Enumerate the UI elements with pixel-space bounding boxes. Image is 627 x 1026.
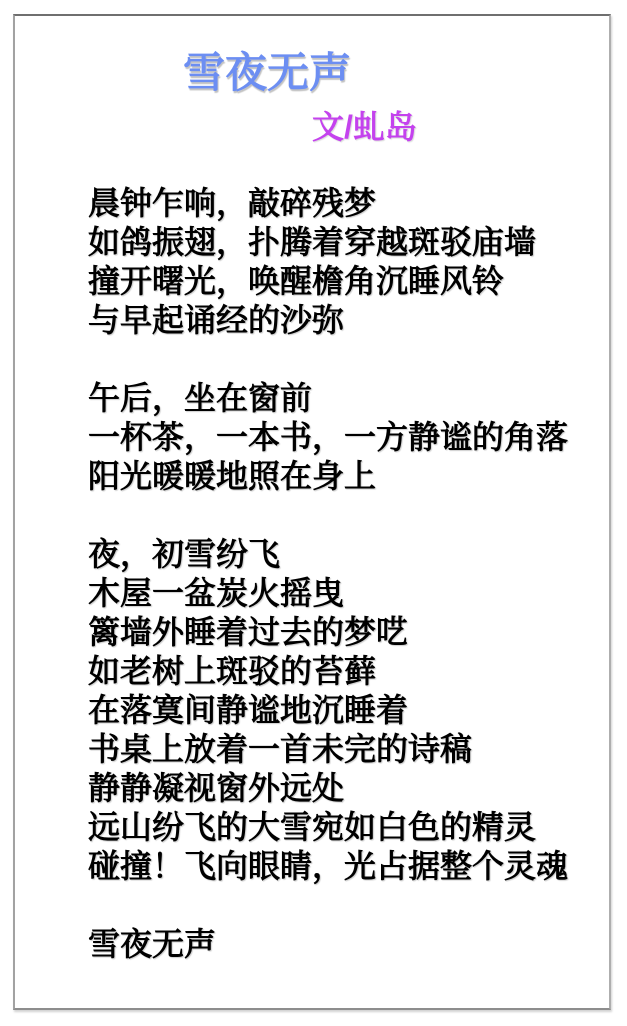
poem-line: 在落寞间静谧地沉睡着 [88, 691, 568, 730]
stanza: 雪夜无声 [88, 925, 568, 964]
photo-frame: 雪夜无声 文/虬岛 晨钟乍响，敲碎残梦如鸽振翅，扑腾着穿越斑驳庙墙撞开曙光，唤醒… [13, 14, 611, 1010]
poem-line: 午后，坐在窗前 [88, 379, 568, 418]
poem-line: 撞开曙光，唤醒檐角沉睡风铃 [88, 262, 568, 301]
poem-line: 木屋一盆炭火摇曳 [88, 574, 568, 613]
poem-body: 晨钟乍响，敲碎残梦如鸽振翅，扑腾着穿越斑驳庙墙撞开曙光，唤醒檐角沉睡风铃与早起诵… [88, 184, 568, 964]
poem-line: 晨钟乍响，敲碎残梦 [88, 184, 568, 223]
poem-page: 雪夜无声 文/虬岛 晨钟乍响，敲碎残梦如鸽振翅，扑腾着穿越斑驳庙墙撞开曙光，唤醒… [0, 0, 627, 1026]
poem-line: 雪夜无声 [88, 925, 568, 964]
poem-line: 远山纷飞的大雪宛如白色的精灵 [88, 808, 568, 847]
poem-line: 一杯茶，一本书，一方静谧的角落 [88, 418, 568, 457]
poem-byline: 文/虬岛 [312, 110, 417, 144]
poem-line: 静静凝视窗外远处 [88, 769, 568, 808]
poem-title: 雪夜无声 [183, 51, 351, 95]
poem-line: 与早起诵经的沙弥 [88, 301, 568, 340]
poem-line: 夜，初雪纷飞 [88, 535, 568, 574]
poem-line: 如老树上斑驳的苔藓 [88, 652, 568, 691]
poem-line: 篱墙外睡着过去的梦呓 [88, 613, 568, 652]
stanza: 夜，初雪纷飞木屋一盆炭火摇曳篱墙外睡着过去的梦呓如老树上斑驳的苔藓在落寞间静谧地… [88, 535, 568, 886]
stanza: 晨钟乍响，敲碎残梦如鸽振翅，扑腾着穿越斑驳庙墙撞开曙光，唤醒檐角沉睡风铃与早起诵… [88, 184, 568, 340]
stanza: 午后，坐在窗前一杯茶，一本书，一方静谧的角落阳光暖暖地照在身上 [88, 379, 568, 496]
poem-line: 碰撞！飞向眼睛，光占据整个灵魂 [88, 847, 568, 886]
poem-line: 如鸽振翅，扑腾着穿越斑驳庙墙 [88, 223, 568, 262]
poem-line: 书桌上放着一首未完的诗稿 [88, 730, 568, 769]
poem-line: 阳光暖暖地照在身上 [88, 457, 568, 496]
